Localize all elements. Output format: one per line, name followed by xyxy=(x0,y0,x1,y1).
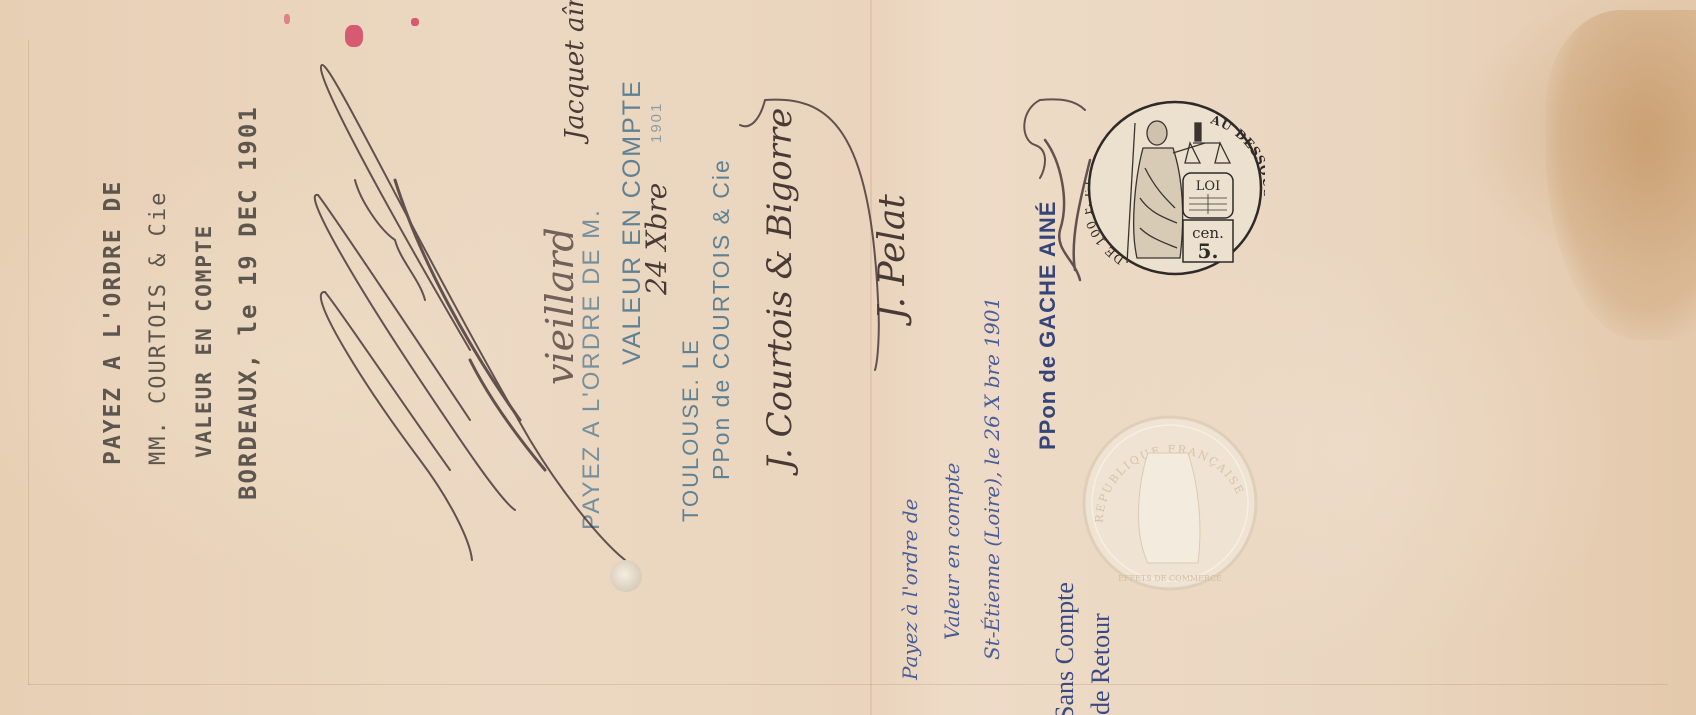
tax-stamp-5-centimes: DE 100 F. ET AU DESSOUS LOI cen. 5. xyxy=(1085,98,1265,278)
tax-stamp-tablet: LOI xyxy=(1196,179,1220,194)
embossed-seal-bottom: EFFETS DE COMMERCE xyxy=(1118,574,1222,583)
tax-stamp-value: 5. xyxy=(1198,239,1219,263)
embossed-seal: REPUBLIQUE FRANÇAISE EFFETS DE COMMERCE xyxy=(1078,413,1263,593)
punched-hole xyxy=(610,560,642,592)
document-paper: PAYEZ A L'ORDRE DE MM. COURTOIS & Cie VA… xyxy=(0,0,1696,715)
signature-flourishes xyxy=(0,0,1696,715)
